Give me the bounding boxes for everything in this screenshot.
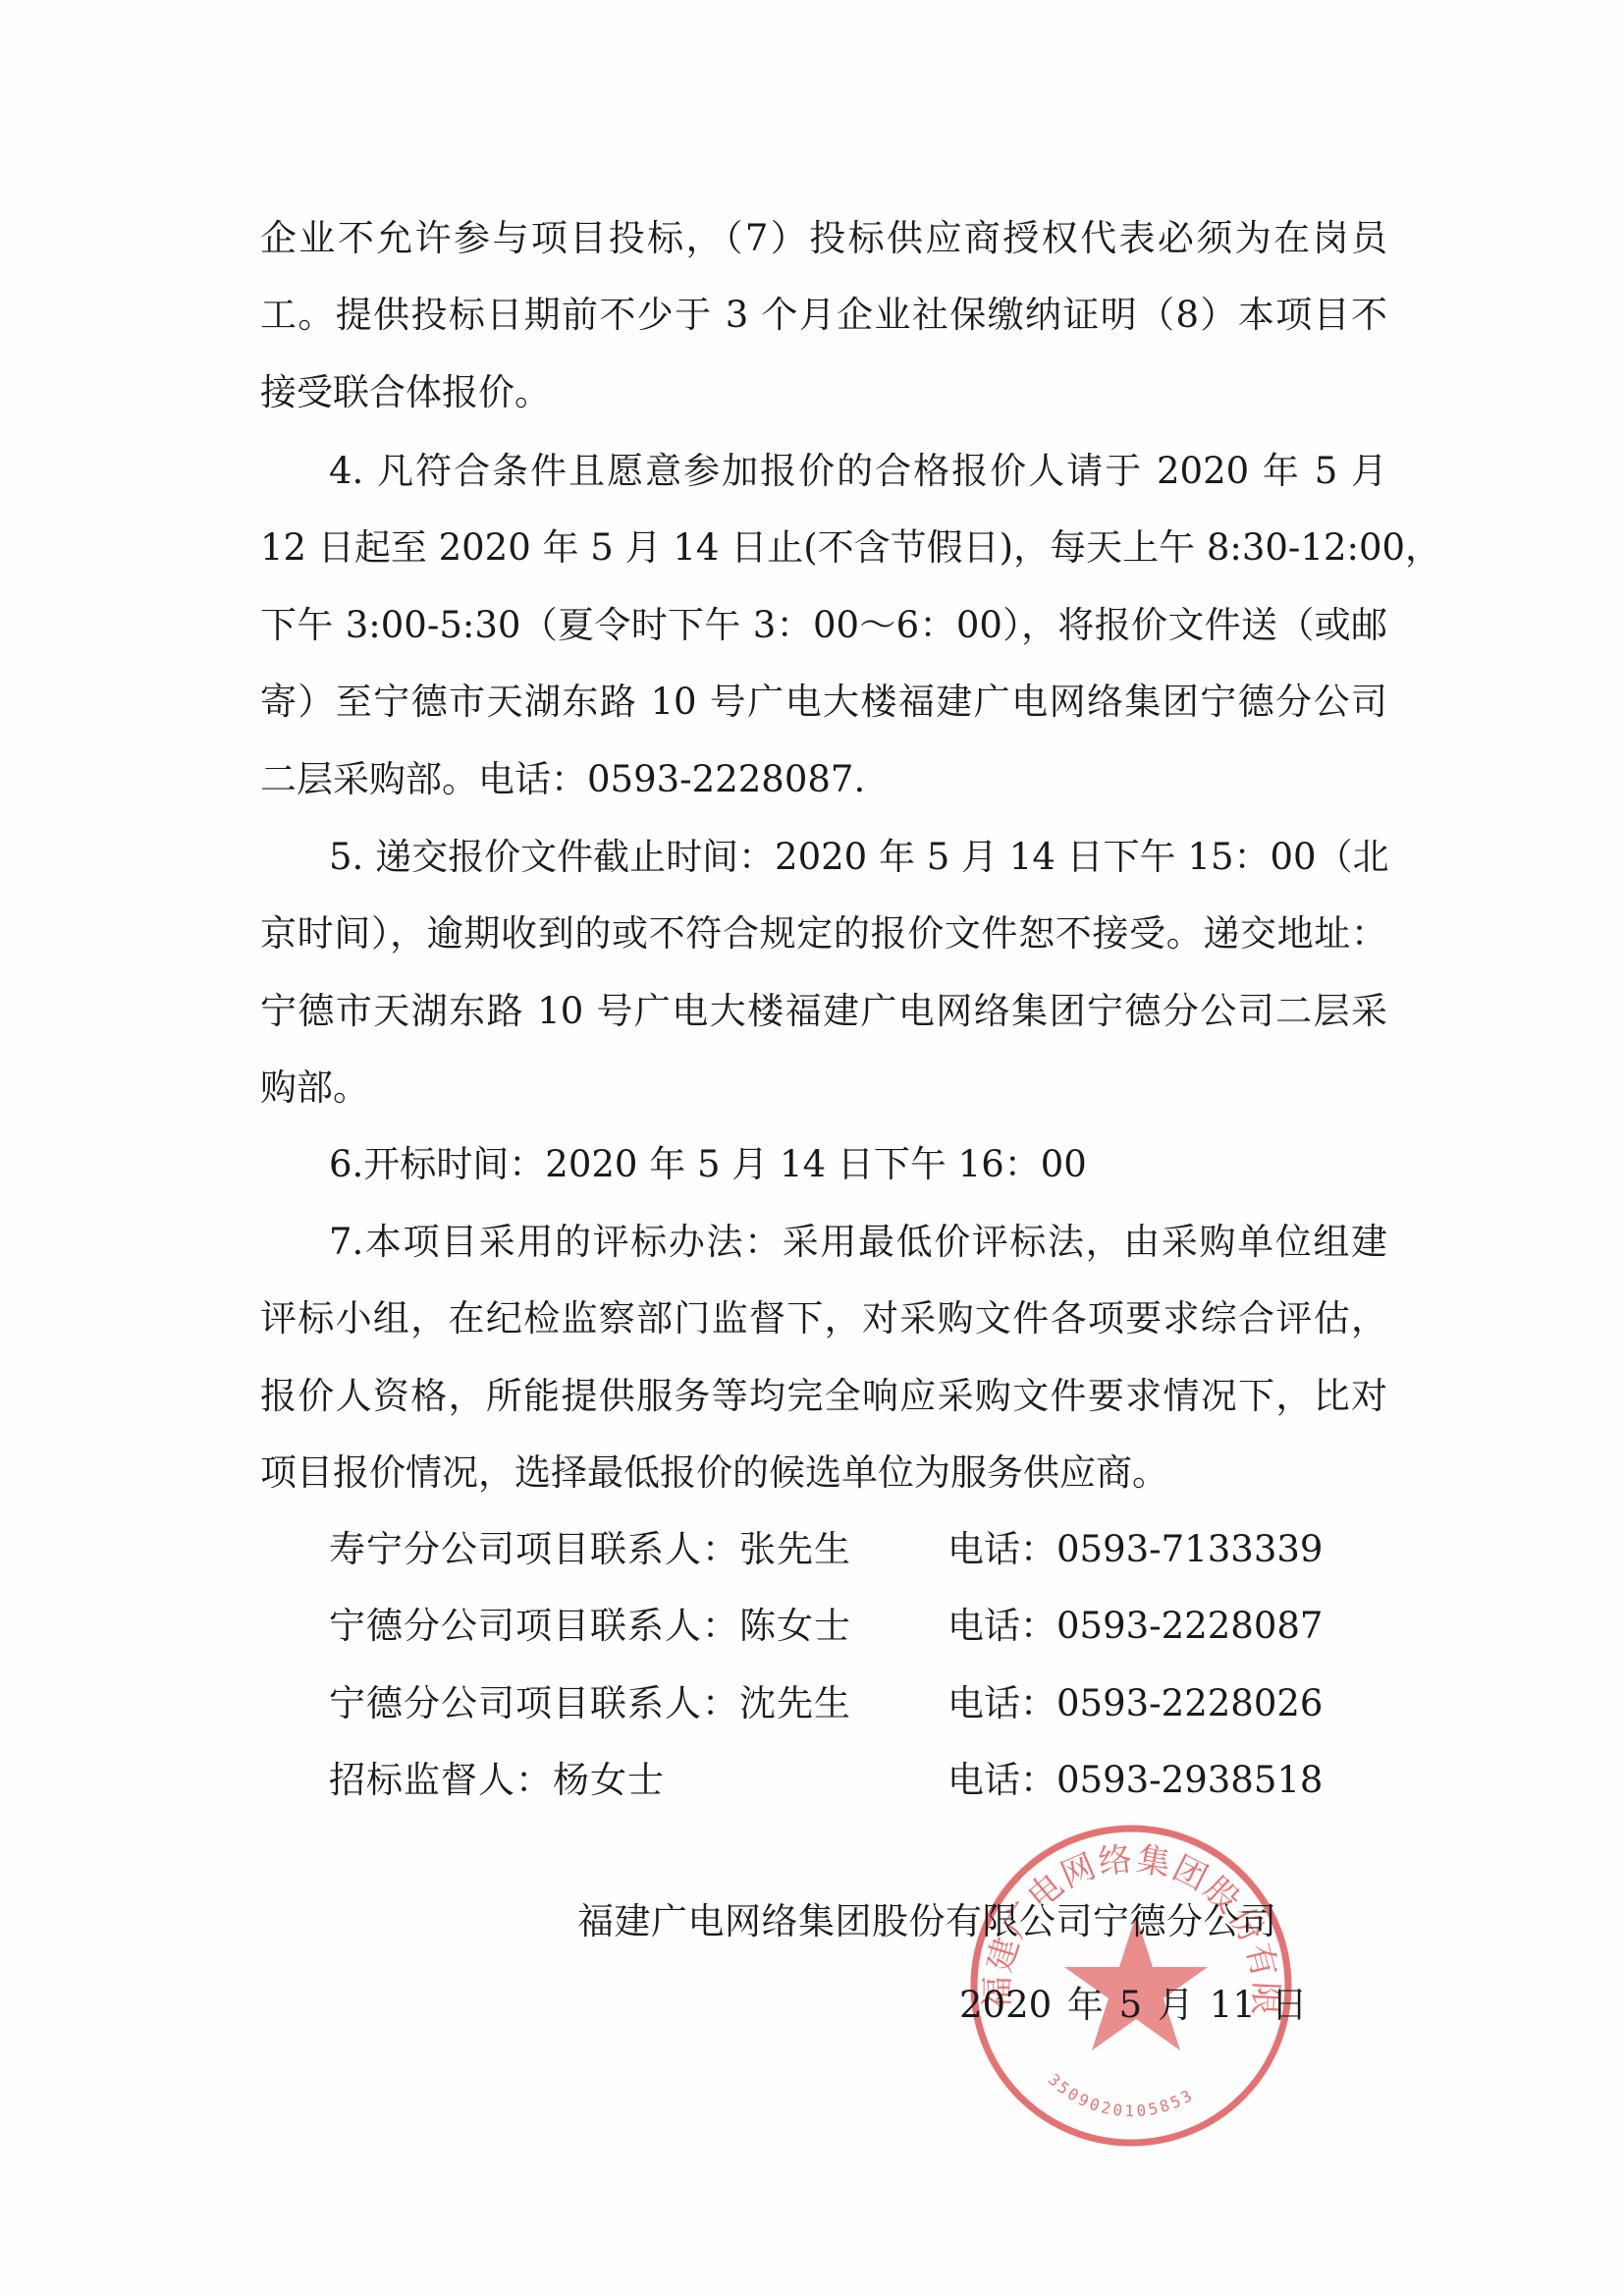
document-page: 企业不允许参与项目投标，（7）投标供应商授权代表必须为在岗员 工。提供投标日期前…: [0, 0, 1623, 2296]
paragraph-line: 12 日起至 2020 年 5 月 14 日止(不含节假日)，每天上午 8:30…: [260, 510, 1387, 586]
contact-phone: 电话：0593-2938518: [947, 1742, 1323, 1819]
signature-date: 2020 年 5 月 11 日: [959, 1967, 1308, 2044]
paragraph-line: 报价人资格，所能提供服务等均完全响应采购文件要求情况下，比对: [260, 1358, 1387, 1435]
contact-label: 宁德分公司项目联系人：沈先生: [329, 1666, 851, 1742]
seal-serial-number: 3509020105853: [1045, 2070, 1198, 2120]
paragraph-line: 4. 凡符合条件且愿意参加报价的合格报价人请于 2020 年 5 月: [329, 433, 1387, 510]
paragraph-line: 接受联合体报价。: [260, 355, 1387, 431]
paragraph-line: 企业不允许参与项目投标，（7）投标供应商授权代表必须为在岗员: [260, 200, 1387, 277]
signature-organization: 福建广电网络集团股份有限公司宁德分公司: [577, 1884, 1277, 1960]
contact-label: 宁德分公司项目联系人：陈女士: [329, 1588, 851, 1665]
paragraph-line: 宁德市天湖东路 10 号广电大楼福建广电网络集团宁德分公司二层采: [260, 973, 1387, 1050]
paragraph-line: 京时间），逾期收到的或不符合规定的报价文件恕不接受。递交地址：: [260, 896, 1387, 972]
paragraph-line: 寄）至宁德市天湖东路 10 号广电大楼福建广电网络集团宁德分公司: [260, 664, 1387, 740]
paragraph-line: 下午 3:00-5:30（夏令时下午 3：00～6：00），将报价文件送（或邮: [260, 587, 1387, 664]
paragraph-line: 二层采购部。电话：0593-2228087.: [260, 741, 1387, 818]
paragraph-line: 项目报价情况，选择最低报价的候选单位为服务供应商。: [260, 1435, 1387, 1511]
contact-phone: 电话：0593-7133339: [947, 1511, 1323, 1588]
paragraph-line: 工。提供投标日期前不少于 3 个月企业社保缴纳证明（8）本项目不: [260, 277, 1387, 354]
paragraph-line: 7.本项目采用的评标办法：采用最低价评标法，由采购单位组建: [329, 1204, 1387, 1281]
contact-label: 寿宁分公司项目联系人：张先生: [329, 1511, 851, 1588]
contact-phone: 电话：0593-2228087: [947, 1588, 1323, 1665]
contact-phone: 电话：0593-2228026: [947, 1666, 1323, 1742]
paragraph-line: 评标小组，在纪检监察部门监督下，对采购文件各项要求综合评估，: [260, 1281, 1387, 1357]
paragraph-line: 5. 递交报价文件截止时间：2020 年 5 月 14 日下午 15：00（北: [329, 819, 1387, 896]
paragraph-line: 6.开标时间：2020 年 5 月 14 日下午 16：00: [329, 1126, 1387, 1203]
paragraph-line: 购部。: [260, 1050, 1387, 1126]
contact-label: 招标监督人：杨女士: [329, 1742, 665, 1819]
